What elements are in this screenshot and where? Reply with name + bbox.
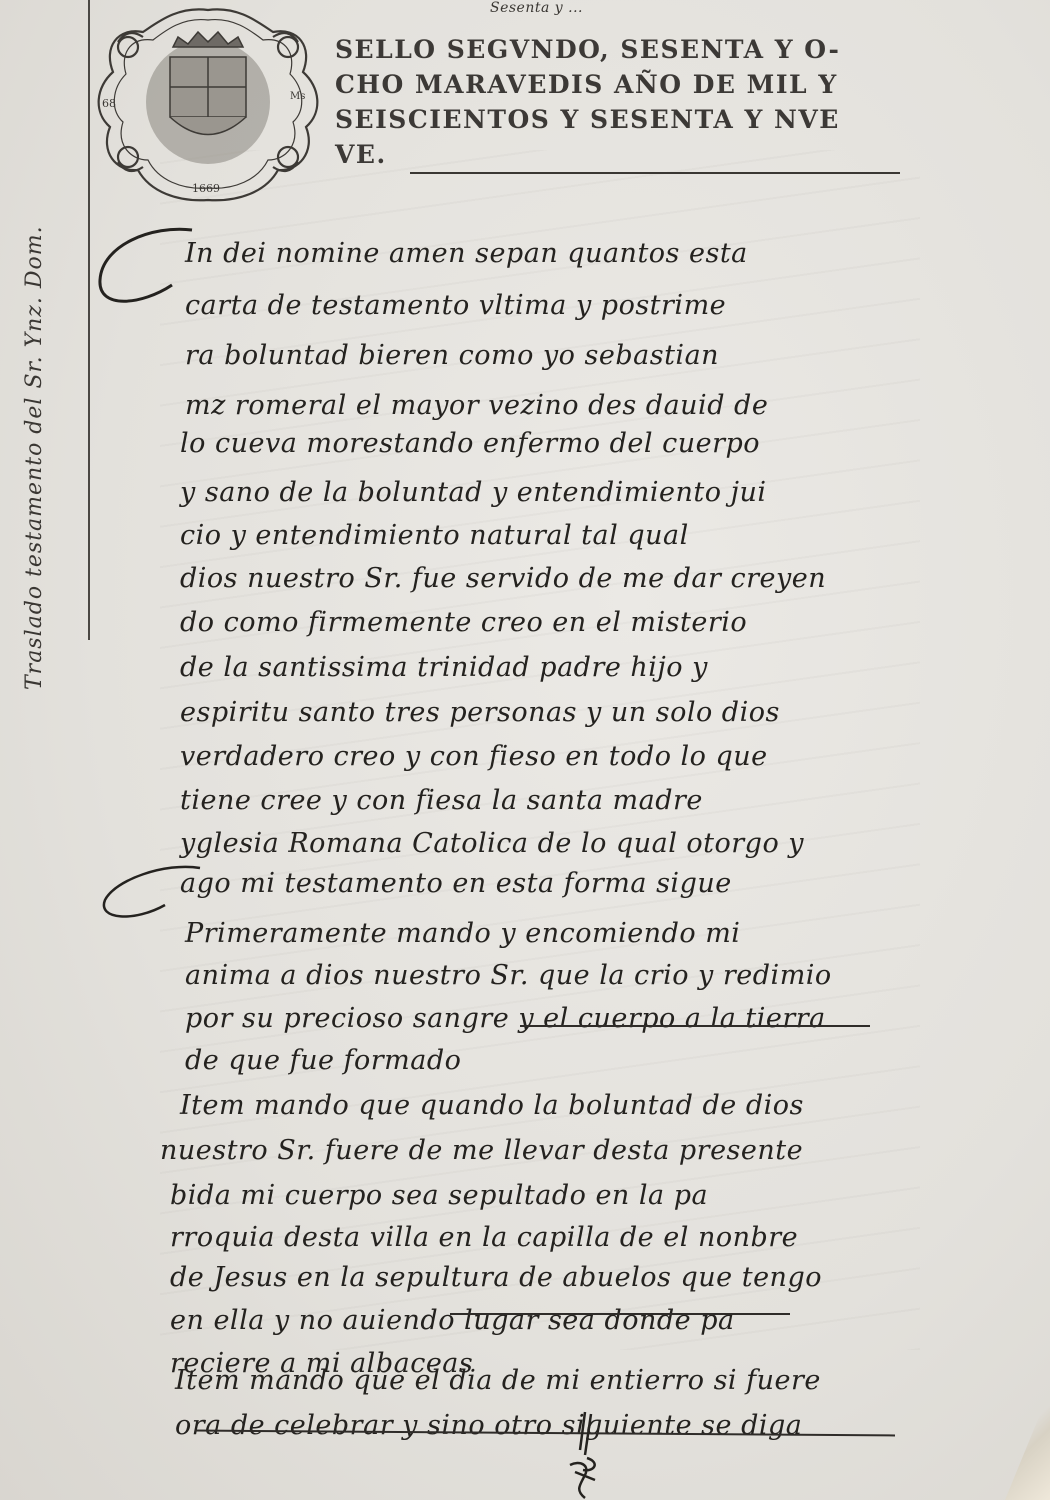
body-line: yglesia Romana Catolica de lo qual otorg… [180,828,804,859]
body-line: do como firmemente creo en el misterio [180,607,747,638]
heading-line: VE. [335,137,945,172]
heading-rule [410,172,900,174]
body-line: Primeramente mando y encomiendo mi [185,918,740,949]
body-line: ora de celebrar y sino otro siguiente se… [175,1410,802,1441]
seal-value-left: 68 [102,97,116,110]
body-line: In dei nomine amen sepan quantos esta [185,238,748,269]
heading-line: CHO MARAVEDIS AÑO DE MIL Y [335,67,945,102]
body-line: carta de testamento vltima y postrime [185,290,726,321]
body-line: ago mi testamento en esta forma sigue [180,868,732,899]
body-line: anima a dios nuestro Sr. que la crio y r… [185,960,832,991]
rubric-signature-icon [555,1410,615,1500]
heading-line: SELLO SEGVNDO, SESENTA Y O- [335,32,945,67]
body-line: en ella y no auiendo lugar sea donde pa [170,1305,735,1336]
manuscript-page: 68 Ms 1669 Sesenta y ... SELLO SEGVNDO, … [0,0,1050,1500]
body-line: dios nuestro Sr. fue servido de me dar c… [180,563,826,594]
margin-note: Traslado testamento del Sr. Ynz. Dom. [22,225,47,690]
line-fill-rule [520,1025,870,1027]
body-line: de Jesus en la sepultura de abuelos que … [170,1262,822,1293]
body-line: espiritu santo tres personas y un solo d… [180,697,780,728]
body-line: y sano de la boluntad y entendimiento ju… [180,477,766,508]
body-line: Item mando que quando la boluntad de dio… [180,1090,804,1121]
stamp-heading: SELLO SEGVNDO, SESENTA Y O- CHO MARAVEDI… [335,32,945,172]
body-line: lo cueva morestando enfermo del cuerpo [180,428,760,459]
body-line: de la santissima trinidad padre hijo y [180,652,708,683]
body-line: Item mando que el dia de mi entierro si … [175,1365,821,1396]
royal-coat-of-arms-icon [88,2,328,207]
top-note: Sesenta y ... [490,0,583,16]
body-line: rroquia desta villa en la capilla de el … [170,1222,798,1253]
body-line: bida mi cuerpo sea sepultado en la pa [170,1180,708,1211]
body-line: mz romeral el mayor vezino des dauid de [185,390,768,421]
margin-rule [88,0,90,640]
seal-year: 1669 [192,182,220,195]
body-line: ra boluntad bieren como yo sebastian [185,340,719,371]
body-line: de que fue formado [185,1045,461,1076]
stamp-seal: 68 Ms 1669 [88,2,328,207]
body-line: cio y entendimiento natural tal qual [180,520,689,551]
body-line: tiene cree y con fiesa la santa madre [180,785,703,816]
body-line: por su precioso sangre y el cuerpo a la … [185,1003,826,1034]
heading-line: SEISCIENTOS Y SESENTA Y NVE [335,102,945,137]
line-fill-rule [450,1313,790,1315]
seal-value-right: Ms [290,91,305,102]
body-line: nuestro Sr. fuere de me llevar desta pre… [160,1135,803,1166]
body-line: verdadero creo y con fieso en todo lo qu… [180,741,768,772]
page-corner-curl [1000,1390,1050,1500]
